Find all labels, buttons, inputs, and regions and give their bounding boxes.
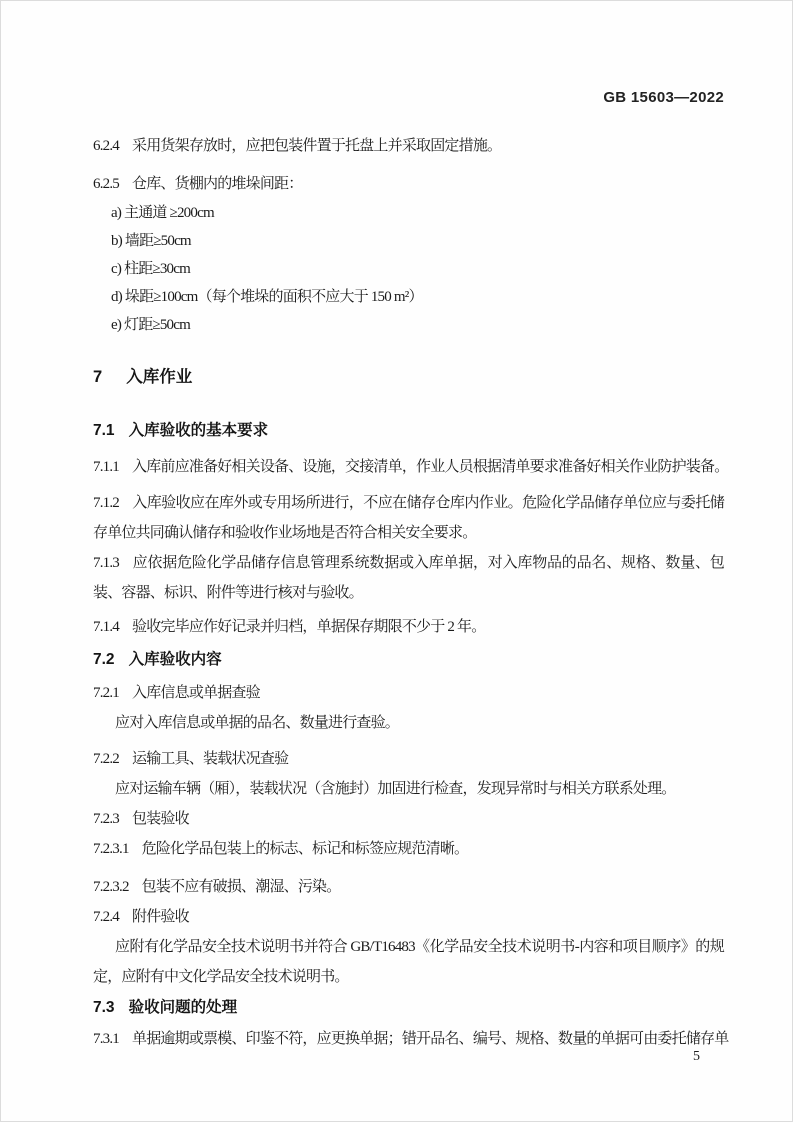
clause-7-2-4: 7.2.4附件验收 [93,902,724,932]
clause-text: 采用货架存放时，应把包装件置于托盘上并采取固定措施。 [132,138,501,154]
section-title: 验收问题的处理 [129,999,238,1016]
section-number: 7 [93,368,102,386]
clause-7-2-3-1: 7.2.3.1危险化学品包装上的标志、标记和标签应规范清晰。 [93,834,724,864]
paragraph-7-2-2: 应对运输车辆（厢），装载状况（含施封）加固进行检查，发现异常时与相关方联系处理。 [93,774,724,804]
section-title: 入库验收的基本要求 [129,422,269,439]
section-7-2-heading: 7.2入库验收内容 [93,648,724,672]
clause-7-1-2: 7.1.2入库验收应在库外或专用场所进行，不应在储存仓库内作业。危险化学品储存单… [93,488,724,548]
list-item: e) 灯距≥50cm [111,311,724,339]
clause-number: 7.2.3 [93,811,119,827]
document-page: GB 15603—2022 6.2.4采用货架存放时，应把包装件置于托盘上并采取… [0,0,793,1122]
clause-number: 6.2.4 [93,138,119,154]
section-title: 入库验收内容 [129,651,222,668]
clause-text: 应依据危险化学品储存信息管理系统数据或入库单据，对入库物品的品名、规格、数量、包… [93,555,724,601]
clause-text: 验收完毕应作好记录并归档，单据保存期限不少于 2 年。 [132,619,485,635]
section-number: 7.2 [93,651,115,668]
clause-6-2-5: 6.2.5仓库、货棚内的堆垛间距： [93,169,724,199]
clause-text: 危险化学品包装上的标志、标记和标签应规范清晰。 [142,841,469,857]
clause-number: 7.1.4 [93,619,119,635]
clause-text: 入库验收应在库外或专用场所进行，不应在储存仓库内作业。危险化学品储存单位应与委托… [93,495,724,541]
section-7-heading: 7入库作业 [93,365,724,389]
section-number: 7.1 [93,422,115,439]
clause-text: 入库信息或单据查验 [132,685,260,701]
clause-7-1-3: 7.1.3应依据危险化学品储存信息管理系统数据或入库单据，对入库物品的品名、规格… [93,548,724,608]
section-title: 入库作业 [126,368,192,386]
page-number: 5 [693,1047,700,1067]
paragraph-7-2-1: 应对入库信息或单据的品名、数量进行查验。 [93,708,724,738]
section-number: 7.3 [93,999,115,1016]
clause-text: 仓库、货棚内的堆垛间距： [132,176,302,192]
clause-7-2-2: 7.2.2运输工具、装载状况查验 [93,744,724,774]
section-7-1-heading: 7.1入库验收的基本要求 [93,419,724,443]
list-item: c) 柱距≥30cm [111,255,724,283]
paragraph-7-2-4: 应附有化学品安全技术说明书并符合 GB/T16483《化学品安全技术说明书-内容… [93,932,724,992]
doc-code: GB 15603—2022 [93,89,724,107]
clause-7-2-1: 7.2.1入库信息或单据查验 [93,678,724,708]
list-item: d) 垛距≥100cm（每个堆垛的面积不应大于 150 m²） [111,283,724,311]
clause-text: 入库前应准备好相关设备、设施，交接清单，作业人员根据清单要求准备好相关作业防护装… [132,459,728,475]
clause-7-3-1: 7.3.1单据逾期或票模、印鉴不符，应更换单据；错开品名、编号、规格、数量的单据… [93,1024,724,1054]
clause-text: 运输工具、装载状况查验 [132,751,288,767]
clause-number: 7.1.3 [93,555,119,571]
clause-text: 单据逾期或票模、印鉴不符，应更换单据；错开品名、编号、规格、数量的单据可由委托储… [132,1031,728,1047]
clause-number: 7.1.2 [93,495,119,511]
clause-7-1-1: 7.1.1入库前应准备好相关设备、设施，交接清单，作业人员根据清单要求准备好相关… [93,452,724,482]
clause-number: 7.3.1 [93,1031,119,1047]
clause-number: 7.2.3.2 [93,879,129,895]
stack-spacing-list: a) 主通道 ≥200cm b) 墙距≥50cm c) 柱距≥30cm d) 垛… [93,199,724,339]
clause-number: 7.2.2 [93,751,119,767]
list-item: a) 主通道 ≥200cm [111,199,724,227]
clause-number: 7.2.4 [93,909,119,925]
clause-text: 包装验收 [132,811,189,827]
clause-number: 6.2.5 [93,176,119,192]
clause-number: 7.1.1 [93,459,119,475]
clause-7-2-3: 7.2.3包装验收 [93,804,724,834]
section-7-3-heading: 7.3验收问题的处理 [93,996,724,1020]
clause-text: 包装不应有破损、潮湿、污染。 [142,879,341,895]
clause-7-1-4: 7.1.4验收完毕应作好记录并归档，单据保存期限不少于 2 年。 [93,612,724,642]
clause-number: 7.2.1 [93,685,119,701]
clause-text: 附件验收 [132,909,189,925]
clause-number: 7.2.3.1 [93,841,129,857]
clause-6-2-4: 6.2.4采用货架存放时，应把包装件置于托盘上并采取固定措施。 [93,131,724,161]
list-item: b) 墙距≥50cm [111,227,724,255]
clause-7-2-3-2: 7.2.3.2包装不应有破损、潮湿、污染。 [93,872,724,902]
